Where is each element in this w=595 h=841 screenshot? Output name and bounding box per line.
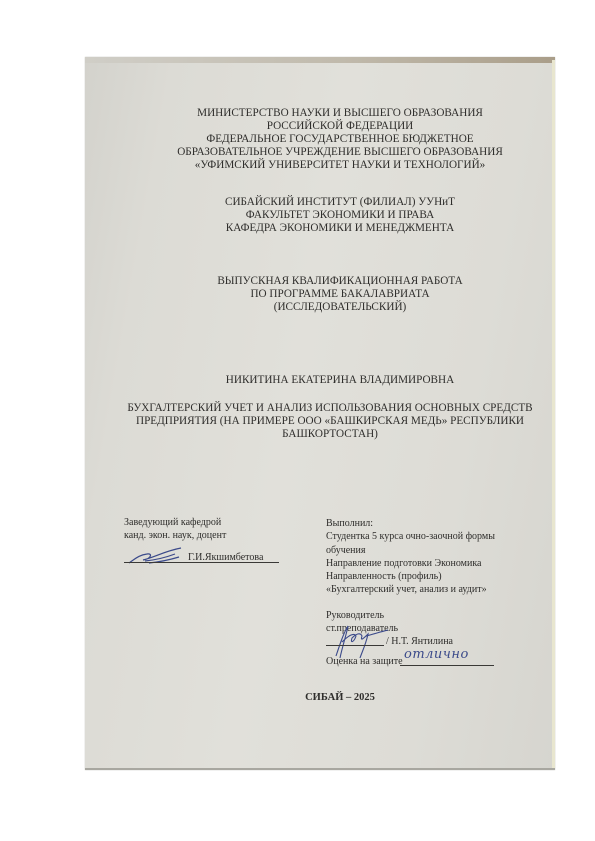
head-degree: канд. экон. наук, доцент (124, 529, 226, 542)
work-type-block: ВЫПУСКНАЯ КВАЛИФИКАЦИОННАЯ РАБОТА ПО ПРО… (120, 275, 560, 314)
institute-line: ФАКУЛЬТЕТ ЭКОНОМИКИ И ПРАВА (120, 209, 560, 222)
topic-line: ПРЕДПРИЯТИЯ (НА ПРИМЕРЕ ООО «БАШКИРСКАЯ … (100, 415, 560, 428)
header-line: «УФИМСКИЙ УНИВЕРСИТЕТ НАУКИ И ТЕХНОЛОГИЙ… (120, 159, 560, 172)
thesis-topic: БУХГАЛТЕРСКИЙ УЧЕТ И АНАЛИЗ ИСПОЛЬЗОВАНИ… (100, 402, 560, 441)
completed-by-line: Направленность (профиль) (326, 570, 495, 583)
supervisor-signature-icon (330, 620, 390, 660)
head-signature-icon (125, 545, 187, 567)
topic-line: БУХГАЛТЕРСКИЙ УЧЕТ И АНАЛИЗ ИСПОЛЬЗОВАНИ… (100, 402, 560, 415)
institute-block: СИБАЙСКИЙ ИНСТИТУТ (ФИЛИАЛ) УУНиТ ФАКУЛЬ… (120, 196, 560, 235)
header-line: ОБРАЗОВАТЕЛЬНОЕ УЧРЕЖДЕНИЕ ВЫСШЕГО ОБРАЗ… (120, 146, 560, 159)
completed-by-block: Выполнил: Студентка 5 курса очно-заочной… (326, 517, 495, 597)
ministry-header: МИНИСТЕРСТВО НАУКИ И ВЫСШЕГО ОБРАЗОВАНИЯ… (120, 107, 560, 172)
paper-bottom-edge (85, 768, 555, 770)
completed-by-line: «Бухгалтерский учет, анализ и аудит» (326, 583, 495, 596)
city-year: СИБАЙ – 2025 (120, 691, 560, 704)
header-line: РОССИЙСКОЙ ФЕДЕРАЦИИ (120, 120, 560, 133)
head-role: Заведующий кафедрой (124, 516, 226, 529)
grade-handwritten-value: отлично (404, 647, 469, 662)
grade-label: Оценка на защите (326, 655, 403, 668)
header-line: ФЕДЕРАЛЬНОЕ ГОСУДАРСТВЕННОЕ БЮДЖЕТНОЕ (120, 133, 560, 146)
completed-by-label: Выполнил: (326, 517, 495, 530)
completed-by-line: Направление подготовки Экономика (326, 557, 495, 570)
paper-top-edge (85, 57, 555, 63)
head-name: Г.И.Якшимбетова (188, 551, 263, 564)
work-type-line: (ИССЛЕДОВАТЕЛЬСКИЙ) (120, 301, 560, 314)
completed-by-line: обучения (326, 544, 495, 557)
work-type-line: ВЫПУСКНАЯ КВАЛИФИКАЦИОННАЯ РАБОТА (120, 275, 560, 288)
institute-line: КАФЕДРА ЭКОНОМИКИ И МЕНЕДЖМЕНТА (120, 222, 560, 235)
work-type-line: ПО ПРОГРАММЕ БАКАЛАВРИАТА (120, 288, 560, 301)
completed-by-line: Студентка 5 курса очно-заочной формы (326, 530, 495, 543)
institute-line: СИБАЙСКИЙ ИНСТИТУТ (ФИЛИАЛ) УУНиТ (120, 196, 560, 209)
header-line: МИНИСТЕРСТВО НАУКИ И ВЫСШЕГО ОБРАЗОВАНИЯ (120, 107, 560, 120)
head-of-department-block: Заведующий кафедрой канд. экон. наук, до… (124, 516, 226, 542)
topic-line: БАШКОРТОСТАН) (100, 428, 560, 441)
supervisor-signature-line (326, 645, 384, 646)
grade-line (400, 665, 494, 666)
author-name: НИКИТИНА ЕКАТЕРИНА ВЛАДИМИРОВНА (120, 374, 560, 387)
